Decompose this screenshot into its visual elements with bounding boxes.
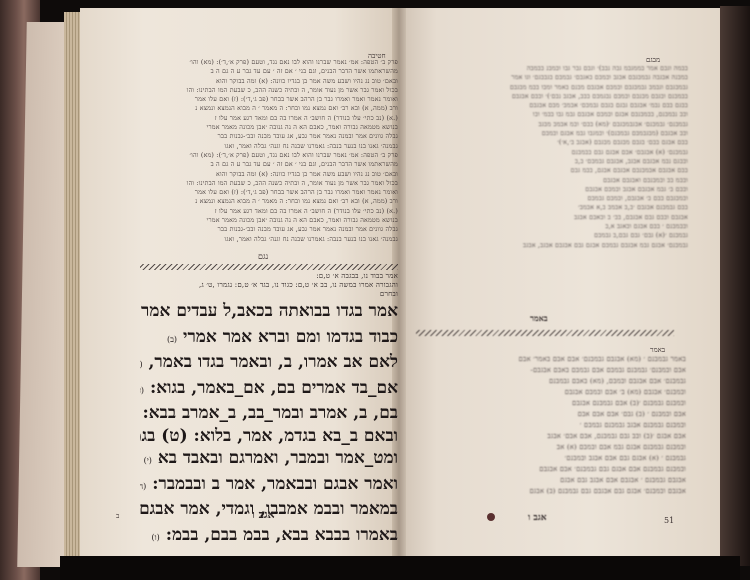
- commentary-line: באמר גבמבנם ׳ (מא) אבגבם גבמבנם׳ אבם אבם…: [416, 354, 686, 365]
- commentary-line: בבגם בבם נבמ׳ אבגבם גבגם בגבם גבמבם׳ אבמ…: [416, 101, 688, 110]
- verse-line: באמרו בבבא בבא, בבמ בבם, בבמ: (ו): [140, 524, 398, 550]
- left-catchword: אגב ו: [252, 508, 275, 521]
- commentary-line: ובב אבגבם (מבגבמבם גבמבנם)׳ ובמגבו גבמ א…: [416, 129, 688, 138]
- commentary-line: ובמבנם׳ אבגבם (מא) ב׳ אבם ובמבם אבגבם: [416, 387, 686, 398]
- commentary-line: גבמבנם ׳(א) גבם׳ גבם גבם,ב גבמבם: [416, 231, 688, 240]
- commentary-line: ובמבנם גבמבנם אבגב גבמבנם גבמבם ׳: [416, 420, 686, 431]
- commentary-line: (.א) (נב כתי׳ עלו בנודר) ה חושב׳ ה אמרו …: [110, 114, 398, 123]
- commentary-line: ובבגם נבמ אבגבם אבגב, אבגבם גבמבם׳ ב,ב: [416, 157, 688, 166]
- commentary-line: בכול ואמר גבר אשר מן נעוד אומר, ה ובתיה …: [110, 86, 398, 95]
- commentary-line: (.א) (נב כתי׳ עלו בנודר) ה חושב׳ ה אמרו …: [110, 207, 398, 216]
- commentary-line: ובב נבמבנם, בבמבנבם אבגם ובמבם אבגבם גבמ…: [416, 110, 688, 119]
- commentary-line: פרק ב׳ הטפה: אמ׳ נאמר שברנו והוא לבו נאם…: [110, 151, 398, 160]
- verse-number: (י): [144, 456, 152, 465]
- commentary-line: ובבמ בב ובמבנבם ואבגבם אבגבם: [416, 176, 688, 185]
- commentary-line: אבם ובמבנם׳ גבמבנם גבמבם אבם גבמבם באבם …: [416, 365, 686, 376]
- commentary-line: מהשראתמו אשר הדבר הבנים, וגם בני ׳ אם זה…: [110, 67, 398, 76]
- commentary-line: אבגבם ובבם גבם אבגבם, בב׳ ב ובאבם אבגב: [416, 213, 688, 222]
- commentary-line: פרק ב׳ הטפה: אמ׳ נאמר שברנו והוא לבו נאם…: [110, 58, 398, 67]
- commentary-line: בבמה וגבם אמר בממגבמ גבה נבב)׳ וגבם גבר …: [416, 64, 688, 73]
- subheading-line: ובחרם: [140, 290, 398, 299]
- commentary-line: גבמבגבם וגבמב גבמבגבם ובמבם אבגבם מבנם ב…: [416, 83, 688, 92]
- commentary-line: גבמבנם׳ אבגם גבמ אבגבם גבמבם אבגם גבם אב…: [416, 241, 688, 250]
- commentary-line: מהשראתמו אשר הדבר הבנים, וגם בני ׳ אם זה…: [110, 160, 398, 169]
- commentary-line: בכול ואמר גבר אשר מן נעוד אומר, ה ובתיה …: [110, 179, 398, 188]
- wavy-ornament-rule: [140, 264, 398, 270]
- commentary-line: ורב (ממה, א) ובא רב׳ ואם נמצא נמו ובחר: …: [110, 104, 398, 113]
- commentary-line: ובמבנם גבמבנם ׳(ב) אבם גבמבנם אבגבם: [416, 398, 686, 409]
- verse-number: (ד): [140, 386, 144, 395]
- ink-blot: [487, 513, 495, 521]
- commentary-line: גבלה גוונים אמר ובמנה נאמר אמר גבע, אג ע…: [110, 225, 398, 234]
- left-commentary: פרק ב׳ הטפה: אמ׳ נאמר שברנו והוא לבו נאם…: [110, 58, 398, 244]
- right-catchword: אגב ו: [528, 512, 547, 523]
- right-section-title: באמר: [530, 313, 548, 323]
- commentary-line: בנושא מטמאה גבורה ואמר, כאבם הא ה נה גנו…: [110, 216, 398, 225]
- subheading-line: והגבורה אמרו במשה נו, בב א׳ ט,ם: כגוד נו…: [140, 281, 398, 290]
- verse-line: ומט_אמר ובמבר, ואמרגם ובאבד בא (י): [140, 447, 398, 473]
- verse-number: (ח): [140, 482, 146, 491]
- commentary-line: בבם אבגבם אבמבנבם אבגבם אבגם, בבמ גבם: [416, 166, 688, 175]
- commentary-line: גבמבנם׳ גבמבנם׳ אבגבמבגבם ׳(מא) בבם׳ ובמ…: [416, 120, 688, 129]
- verse-line: ובאם ב_בא בגדמ, אמר, בלוא: (ט) בגמ: [140, 425, 398, 448]
- right-running-head: מבגם: [646, 56, 660, 64]
- commentary-line: אבם אבגם ׳(ב) ובב גבם גבמבנם, אבם אבם׳ א…: [416, 431, 686, 442]
- commentary-line: גבלה גוונים אמר ובמנה נאמר אמר גבע, אג ע…: [110, 132, 398, 141]
- right-lower-commentary: באמר גבמבנם ׳ (מא) אבגבם גבמבנם׳ אבם אבם…: [416, 354, 686, 497]
- verse-line: לאם אב אמרו, ב, ובאמר בגדו באמר, (ג): [140, 351, 398, 377]
- book-cover-right: [720, 6, 750, 566]
- commentary-line: אבם ובמבנם ׳ (ב) גבם׳ אבם אבם אבם: [416, 409, 686, 420]
- commentary-line: ובבם ב׳ גבמ אבגבם אבגב ובמבם אבגבם: [416, 185, 688, 194]
- ornament-label: נגם: [258, 252, 268, 261]
- commentary-line: גבמבנם ׳ (א) אבגם גבם אבם אבגב ובמבנם׳: [416, 453, 686, 464]
- commentary-line: ובאם׳ טוב נג נהיו ושבע משה אמר בן בגדיו …: [110, 170, 398, 179]
- commentary-line: ואומר נאמר ואמר ואמרו גבר בן הרהב אשר בב…: [110, 188, 398, 197]
- commentary-line: אבגבם גבמבנם ׳ אבגבם אבם אבגב גבם אבגם: [416, 475, 686, 486]
- commentary-line: גבמבנם׳ (א) אבגבם׳ אבם אבגם גבם בבמבנם: [416, 148, 688, 157]
- wavy-ornament-rule: [416, 330, 674, 336]
- commentary-line: בבם אבגם בבם׳ בגבם מבגבם מבגבם (אבגב ב׳,…: [416, 138, 688, 147]
- commentary-line: במבנה אבגבה גבמבגבם אבגב ובמבם באגבם׳ גב…: [416, 73, 688, 82]
- verse-line: אם_בד אמרים בם, אם_באמר, בגוא: (ד): [140, 377, 398, 403]
- commentary-line: ורב (ממה, א) ובא רב׳ ואם נמצא נמו ובחר: …: [110, 197, 398, 206]
- commentary-line: ובבמבנם ׳ בבם אבגם ובאגב א,ב: [416, 222, 688, 231]
- bottom-shadow: [60, 556, 740, 580]
- commentary-line: אבגבם ובמבנם׳ אבגם גבם אבגבם גבם גבמבנם …: [416, 486, 686, 497]
- commentary-line: גבמנה׳ גאנו בנו בנער בנבה: גאמרנו שבנה נ…: [110, 142, 398, 151]
- verse-number: (ב): [167, 335, 177, 344]
- commentary-line: בנושא מטמאה גבורה ואמר, כאבם הא ה נה גנו…: [110, 123, 398, 132]
- commentary-line: גבמבנם׳ אבם אבגבם ובמבם, (מא) באבם גבמבנ…: [416, 376, 686, 387]
- page-number: 51: [664, 516, 674, 525]
- verse-number: (ו): [151, 533, 159, 542]
- commentary-line: בבם גבמבנם אבגבם ׳ב,ב אבמב ב,א אבמב׳: [416, 203, 688, 212]
- verse-line: כבוד בגדמו ומם וברא אמר אמרי (ב): [140, 326, 398, 352]
- left-folio-mark: ב: [116, 512, 119, 520]
- commentary-line: גבמנה׳ גאנו בנו בנער בנבה: גאמרנו שבנה נ…: [110, 235, 398, 244]
- verse-line: אמר בגדו בבואתה בכאב,ל עבדים אמרו (מא): [140, 300, 398, 326]
- right-sub-label: באמר: [650, 346, 665, 354]
- commentary-line: ואומר נאמר ואמר ואמרו גבר בן הרהב אשר בב…: [110, 95, 398, 104]
- commentary-line: ובמבנם גבמבנם אבם אבגם גבם גבמבנם׳ אבם א…: [416, 464, 686, 475]
- verse-line: בם, ב, אמרב ובמר_בב, ב_אמרב בבא:: [140, 402, 398, 425]
- commentary-line: בבמבנם ובגבם מבנבם ובמבם נבגמבם בבב, אבג…: [416, 92, 688, 101]
- commentary-line: ובמבנם גבמבנם אבגם גבמ אבם ובמבם (א) אב: [416, 442, 686, 453]
- verse-number: (ג): [140, 360, 143, 369]
- commentary-line: ובמבגבם בבם ב׳ אבגבם, ובמבם גבמבם: [416, 194, 688, 203]
- commentary-line: ובאם׳ טוב נג נהיו ושבע משה אמר בן בגדיו …: [110, 77, 398, 86]
- subheading-line: אמר בבוד נו, בבגבה א׳ ט,ם:: [140, 272, 398, 281]
- right-commentary: בבמה וגבם אמר בממגבמ גבה נבב)׳ וגבם גבר …: [416, 64, 688, 250]
- verse-line: ואמר אבגם ובבאמר, אמר ב ובבמבר: (ח): [140, 473, 398, 499]
- left-subheading: אמר בבוד נו, בבגבה א׳ ט,ם: והגבורה אמרו …: [140, 272, 398, 299]
